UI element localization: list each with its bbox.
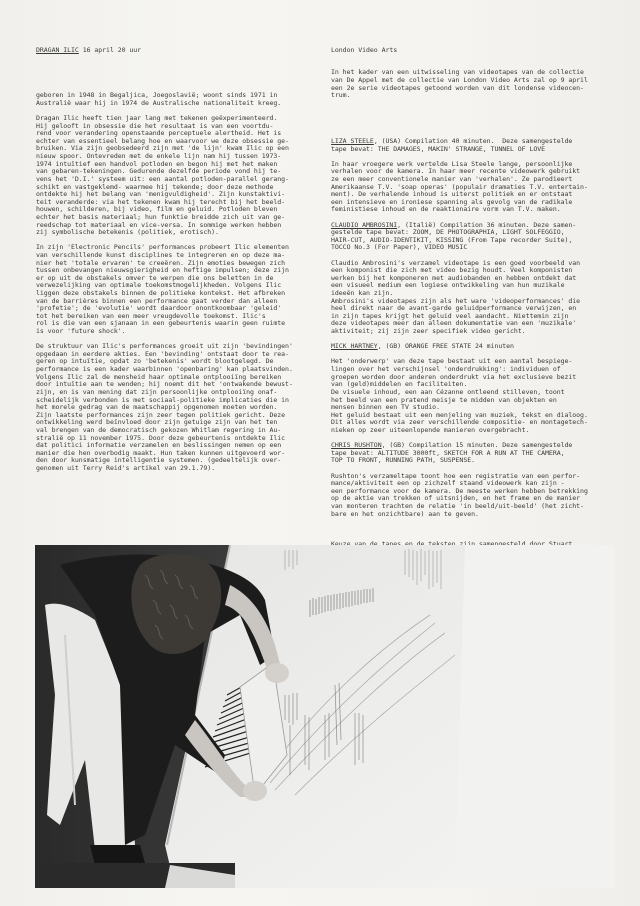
document-page: DRAGAN ILIC 16 april 20 uur geboren in 1… bbox=[0, 0, 640, 906]
tape-list-line: TOCCO No.3 (For Paper), VIDEO MUSIC bbox=[331, 244, 621, 252]
paragraph: De struktuur van Ilic's performances gro… bbox=[36, 343, 316, 472]
entry-details: , (USA) Compilation 40 minuten. Deze sam… bbox=[374, 137, 572, 145]
paragraph: Dragan Ilic heeft tien jaar lang met tek… bbox=[36, 115, 316, 237]
artist-performance-photo bbox=[35, 545, 615, 888]
paragraph: In zijn 'Electronic Pencils' performance… bbox=[36, 244, 316, 335]
tape-entry-description: Rushton's verzameltape toont hoe een reg… bbox=[331, 473, 621, 519]
paragraph: geboren in 1948 in Begaljica, Joegoslavi… bbox=[36, 92, 316, 107]
intro-text: In het kader van een uitwisseling van vi… bbox=[331, 69, 621, 99]
entry-title-line: MICK HARTNEY, (GB) ORANGE FREE STATE 24 … bbox=[331, 343, 621, 351]
lva-intro: London Video Arts In het kader van een u… bbox=[331, 31, 621, 115]
tape-entry-description: Het 'onderwerp' van deze tape bestaat ui… bbox=[331, 358, 621, 434]
dragan-ilic-header: DRAGAN ILIC 16 april 20 uur bbox=[36, 31, 316, 69]
text-line: Australië waar hij in 1974 de Australisc… bbox=[36, 100, 316, 108]
artist-name: CHRIS RUSHTON bbox=[331, 441, 382, 449]
photo-illustration bbox=[35, 545, 615, 888]
left-body: geboren in 1948 in Begaljica, Joegoslavi… bbox=[36, 92, 316, 472]
event-date: 16 april 20 uur bbox=[79, 46, 141, 54]
text-line: bare en het onzichtbare) aan te geven. bbox=[331, 511, 621, 519]
left-column-dragan-ilic: DRAGAN ILIC 16 april 20 uur geboren in 1… bbox=[36, 16, 316, 495]
right-column-london-video-arts: London Video Arts In het kader van een u… bbox=[331, 16, 621, 579]
tape-entry-heading: CHRIS RUSHTON, (GB) Compilation 15 minut… bbox=[331, 442, 621, 465]
artist-name: DRAGAN ILIC bbox=[36, 46, 79, 54]
tape-entry-heading: MICK HARTNEY, (GB) ORANGE FREE STATE 24 … bbox=[331, 343, 621, 351]
text-line: nieken op zeer uiteenlopende manieren ov… bbox=[331, 427, 621, 435]
artist-name: LIZA STEELE bbox=[331, 137, 374, 145]
text-line: een 2e serie videotapes getoond worden v… bbox=[331, 85, 621, 93]
entry-details: , (GB) ORANGE FREE STATE 24 minuten bbox=[378, 342, 514, 350]
entry-details: , (GB) Compilation 15 minuten. Deze same… bbox=[382, 441, 573, 449]
section-title: London Video Arts bbox=[331, 47, 621, 55]
tape-entries: LIZA STEELE, (USA) Compilation 40 minute… bbox=[331, 138, 621, 518]
tape-entry-heading: LIZA STEELE, (USA) Compilation 40 minute… bbox=[331, 138, 621, 153]
text-line: aktiviteit; zij zijn zeer specifiek vide… bbox=[331, 328, 621, 336]
tape-list-line: tape bevat: THE DAMAGES, MAKIN' STRANGE,… bbox=[331, 146, 621, 154]
text-line: trum. bbox=[331, 92, 621, 100]
artist-name: MICK HARTNEY bbox=[331, 342, 378, 350]
text-line: genomen uit Terry Reid's artikel van 29.… bbox=[36, 465, 316, 473]
text-line: is voor 'future shock'. bbox=[36, 328, 316, 336]
tape-entry-description: Claudio Ambrosini's verzamel videotape i… bbox=[331, 260, 621, 336]
tape-entry-description: In haar vroegere werk vertelde Lisa Stee… bbox=[331, 161, 621, 214]
tape-list-line: TOP TO FRONT, RUNNING PATH, SUSPENSE. bbox=[331, 457, 621, 465]
text-line: zij symbolische betekenis (politiek, ero… bbox=[36, 229, 316, 237]
text-line: feministiese inhoud en de reaktionaire v… bbox=[331, 206, 621, 214]
tape-entry-heading: CLAUDIO AMBROSINI, (Italië) Compilation … bbox=[331, 222, 621, 252]
